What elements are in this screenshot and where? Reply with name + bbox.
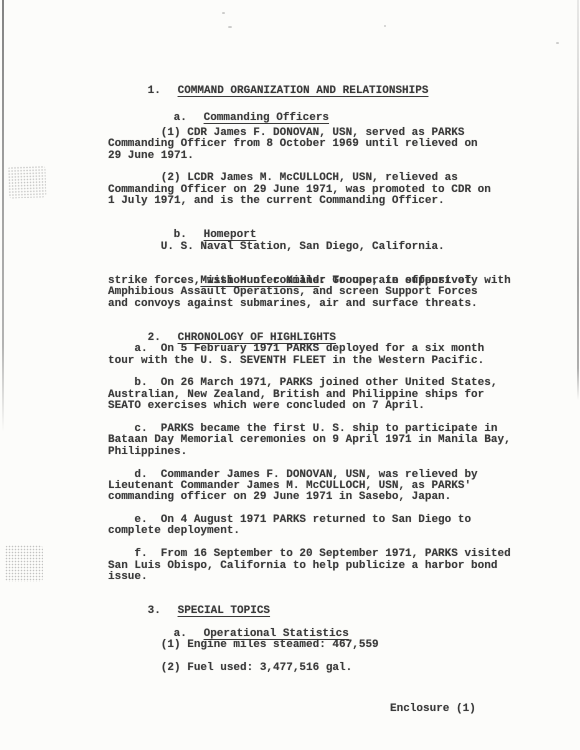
section-number: 1. [148, 86, 178, 97]
scan-edge-right-line [577, 0, 579, 400]
scan-speck [556, 42, 559, 44]
paragraph-2f: f. From 16 September to 20 September 197… [108, 549, 530, 583]
paragraph-line: f. From 16 September to 20 September 197… [108, 549, 530, 560]
paragraph-2d: d. Commander James F. DONOVAN, USN, was … [108, 470, 530, 504]
page-footer: Enclosure (1) [108, 704, 530, 715]
scan-speck [228, 26, 232, 28]
paragraph-line: Bataan Day Memorial ceremonies on 9 Apri… [108, 435, 530, 446]
subsection-letter: b. [174, 230, 204, 241]
subsection-1b-heading: b.Homeport [108, 219, 530, 230]
paragraph-1a-1: (1) CDR James F. DONOVAN, USN, served as… [108, 128, 530, 162]
paragraph-line: commanding officer on 29 June 1971 in Sa… [108, 492, 530, 503]
subsection-1a-heading: a.Commanding Officers [108, 101, 530, 112]
paragraph-line: (1) Engine miles steamed: 467,559 [108, 640, 530, 651]
paragraph-line: Amphibious Assault Operations, and scree… [108, 287, 530, 298]
paragraph-line: tour with the U. S. SEVENTH FLEET in the… [108, 356, 530, 367]
subsection-title: Commanding Officers [204, 112, 329, 124]
scan-smudge-lower [5, 545, 43, 582]
paragraph-1a-2: (2) LCDR James M. McCULLOCH, USN, reliev… [108, 173, 530, 207]
paragraph-2a: a. On 5 February 1971 PARKS deployed for… [108, 344, 530, 367]
scan-edge-left-line [2, 0, 4, 432]
paragraph-line: a. On 5 February 1971 PARKS deployed for… [108, 344, 530, 355]
enclosure-label: Enclosure (1) [390, 704, 530, 715]
section-2-heading: 2.CHRONOLOGY OF HIGHLIGHTS [108, 321, 530, 332]
section-1-heading: 1.COMMAND ORGANIZATION AND RELATIONSHIPS [108, 75, 530, 86]
document-page: 1.COMMAND ORGANIZATION AND RELATIONSHIPS… [0, 0, 580, 750]
paragraph-line: SEATO exercises which were concluded on … [108, 401, 530, 412]
paragraph-line: and convoys against submarines, air and … [108, 299, 530, 310]
paragraph-line: Philippines. [108, 447, 530, 458]
paragraph-line: Commanding Officer from 8 October 1969 u… [108, 139, 530, 150]
scan-speck [222, 12, 225, 14]
paragraph-1b-1: U. S. Naval Station, San Diego, Californ… [108, 242, 530, 253]
paragraph-line: (2) Fuel used: 3,477,516 gal. [108, 663, 530, 674]
paragraph-1c: c. Mission of command: To operate offens… [108, 264, 530, 310]
section-title: SPECIAL TOPICS [178, 605, 270, 617]
section-number: 3. [148, 606, 178, 617]
statistic-item-1: (1) Engine miles steamed: 467,559 [108, 640, 530, 651]
scan-speck [384, 25, 386, 27]
section-title: COMMAND ORGANIZATION AND RELATIONSHIPS [178, 85, 429, 97]
paragraph-line: San Luis Obispo, California to help publ… [108, 561, 530, 572]
subsection-letter: a. [174, 113, 204, 124]
scan-smudge-upper [7, 165, 46, 198]
paragraph-2b: b. On 26 March 1971, PARKS joined other … [108, 378, 530, 412]
paragraph-2e: e. On 4 August 1971 PARKS returned to Sa… [108, 515, 530, 538]
statistic-item-2: (2) Fuel used: 3,477,516 gal. [108, 663, 530, 674]
paragraph-line: issue. [108, 572, 530, 583]
paragraph-line: U. S. Naval Station, San Diego, Californ… [108, 242, 530, 253]
subsection-title: Homeport [204, 229, 257, 241]
subsection-3a-heading: a.Operational Statistics [108, 618, 530, 629]
paragraph-line: complete deployment. [108, 526, 530, 537]
section-3-heading: 3.SPECIAL TOPICS [108, 595, 530, 606]
paragraph-line: 1 July 1971, and is the current Commandi… [108, 196, 530, 207]
paragraph-line: 29 June 1971. [108, 151, 530, 162]
paragraph-2c: c. PARKS became the first U. S. ship to … [108, 424, 530, 458]
